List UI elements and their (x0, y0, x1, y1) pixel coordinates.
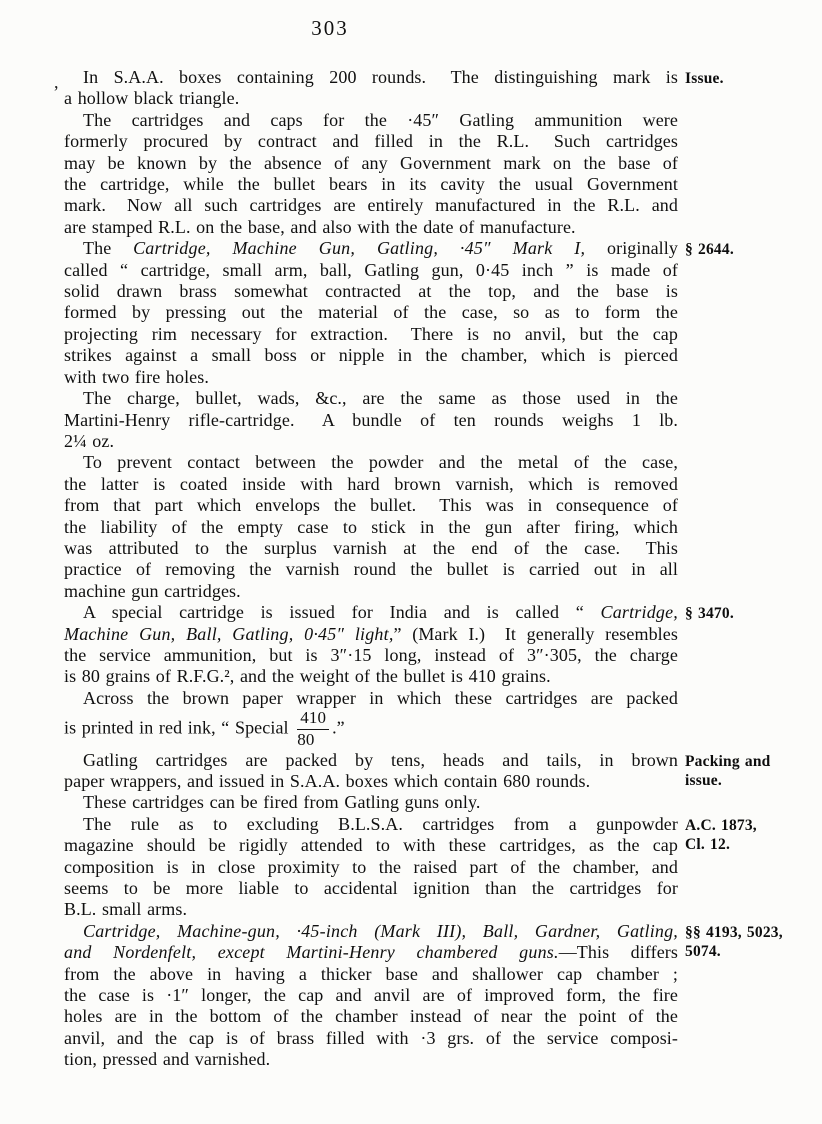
text-line: seems to be more liable to accidental ig… (64, 878, 678, 899)
text-line: Across the brown paper wrapper in which … (64, 688, 678, 709)
text-line: machine gun cartridges. (64, 581, 678, 602)
italic-text-segment: Cartridge, Machine-gun, ·45-inch (Mark I… (83, 921, 678, 941)
text-line: was attributed to the surplus varnish at… (64, 538, 678, 559)
margin-note: §§ 4193, 5023,5074. (685, 923, 822, 962)
text-segment: mark. Now all such cartridges are entire… (64, 195, 678, 215)
para-saa-boxes: In S.A.A. boxes containing 200 rounds. T… (64, 67, 678, 110)
text-line: projecting rim necessary for extraction.… (64, 324, 678, 345)
text-line: from the above in having a thicker base … (64, 964, 678, 985)
text-segment: .” (332, 718, 345, 738)
print-artifact-mark: , (54, 72, 59, 93)
text-segment: To prevent contact between the powder an… (83, 452, 678, 472)
text-segment: Martini-Henry rifle-cartridge. A bundle … (64, 410, 678, 430)
text-line: Cartridge, Machine-gun, ·45-inch (Mark I… (64, 921, 678, 942)
text-line: the service ammunition, but is 3″·15 lon… (64, 645, 678, 666)
italic-text-segment: Cartridge, Machine Gun, Gatling, ·45″ Ma… (133, 238, 585, 258)
text-line: and Nordenfelt, except Martini-Henry cha… (64, 942, 678, 963)
text-segment: —This differs (559, 942, 678, 962)
text-segment: tion, pressed and varnished. (64, 1049, 270, 1069)
text-line: magazine should be rigidly attended to w… (64, 835, 678, 856)
text-line: In S.A.A. boxes containing 200 rounds. T… (64, 67, 678, 88)
text-line: with two fire holes. (64, 367, 678, 388)
text-line: 2¼ oz. (64, 431, 678, 452)
page-number: 303 (0, 0, 660, 41)
text-segment: The (83, 238, 133, 258)
margin-note-line: Cl. 12. (685, 835, 822, 855)
text-line: may be known by the absence of any Gover… (64, 153, 678, 174)
text-segment: called “ cartridge, small arm, ball, Gat… (64, 260, 678, 280)
text-segment: formed by pressing out the material of t… (64, 302, 678, 322)
text-segment: Across the brown paper wrapper in which … (83, 688, 678, 708)
text-line: formed by pressing out the material of t… (64, 302, 678, 323)
text-segment: strikes against a small boss or nipple i… (64, 345, 678, 365)
para-india-special-cartridge: A special cartridge is issued for India … (64, 602, 678, 688)
text-line: mark. Now all such cartridges are entire… (64, 195, 678, 216)
text-segment: holes are in the bottom of the chamber i… (64, 1006, 678, 1026)
margin-note-line: 5074. (685, 942, 822, 962)
text-line: The cartridges and caps for the ·45″ Gat… (64, 110, 678, 131)
text-line: strikes against a small boss or nipple i… (64, 345, 678, 366)
text-segment: machine gun cartridges. (64, 581, 241, 601)
text-segment: the cartridge, while the bullet bears in… (64, 174, 678, 194)
text-segment: is printed in red ink, “ Special (64, 718, 294, 738)
text-segment: the service ammunition, but is 3″·15 lon… (64, 645, 678, 665)
text-segment: B.L. small arms. (64, 899, 187, 919)
margin-note-line: issue. (685, 771, 822, 791)
text-segment: formerly procured by contract and filled… (64, 131, 678, 151)
text-segment: seems to be more liable to accidental ig… (64, 878, 678, 898)
text-line: The charge, bullet, wads, &c., are the s… (64, 388, 678, 409)
italic-text-segment: Machine Gun, Ball, Gatling, 0·45″ light, (64, 624, 394, 644)
text-segment: These cartridges can be fired from Gatli… (83, 792, 481, 812)
text-segment: the liability of the empty case to stick… (64, 517, 678, 537)
text-line: a hollow black triangle. (64, 88, 678, 109)
text-line: B.L. small arms. (64, 899, 678, 920)
para-red-ink-wrapper: Across the brown paper wrapper in which … (64, 688, 678, 750)
text-line: called “ cartridge, small arm, ball, Gat… (64, 260, 678, 281)
text-segment: projecting rim necessary for extraction.… (64, 324, 678, 344)
text-line: the case is ·1″ longer, the cap and anvi… (64, 985, 678, 1006)
italic-text-segment: Cartridge, (600, 602, 678, 622)
para-fired-from-gatling-only: These cartridges can be fired from Gatli… (64, 792, 678, 813)
text-segment: The charge, bullet, wads, &c., are the s… (83, 388, 678, 408)
text-segment: 2¼ oz. (64, 431, 114, 451)
text-line: the liability of the empty case to stick… (64, 517, 678, 538)
para-cartridges-and-caps: The cartridges and caps for the ·45″ Gat… (64, 110, 678, 238)
text-line: A special cartridge is issued for India … (64, 602, 678, 623)
text-line: the latter is coated inside with hard br… (64, 474, 678, 495)
text-segment: originally (585, 238, 678, 258)
text-line: The Cartridge, Machine Gun, Gatling, ·45… (64, 238, 678, 259)
para-cartridge-mark-iii: Cartridge, Machine-gun, ·45-inch (Mark I… (64, 921, 678, 1071)
scanned-book-page: 303 , In S.A.A. boxes containing 200 rou… (0, 0, 822, 1124)
text-segment: paper wrappers, and issued in S.A.A. box… (64, 771, 590, 791)
text-segment: the case is ·1″ longer, the cap and anvi… (64, 985, 678, 1005)
margin-note-line: Packing and (685, 752, 822, 772)
text-segment: is 80 grains of R.F.G.², and the weight … (64, 666, 551, 686)
text-line: is 80 grains of R.F.G.², and the weight … (64, 666, 678, 687)
text-line: composition is in close proximity to the… (64, 857, 678, 878)
text-line: from that part which envelops the bullet… (64, 495, 678, 516)
text-segment: In S.A.A. boxes containing 200 rounds. T… (83, 67, 678, 87)
text-segment: Gatling cartridges are packed by tens, h… (83, 750, 678, 770)
para-packing: Gatling cartridges are packed by tens, h… (64, 750, 678, 793)
margin-note: A.C. 1873,Cl. 12. (685, 816, 822, 855)
margin-note-line: Issue. (685, 69, 822, 89)
para-varnish: To prevent contact between the powder an… (64, 452, 678, 602)
text-line: the cartridge, while the bullet bears in… (64, 174, 678, 195)
text-segment: from the above in having a thicker base … (64, 964, 678, 984)
text-segment: a hollow black triangle. (64, 88, 239, 108)
para-gunpowder-magazine-rule: The rule as to excluding B.L.S.A. cartri… (64, 814, 678, 921)
text-segment: practice of removing the varnish round t… (64, 559, 678, 579)
text-line: To prevent contact between the powder an… (64, 452, 678, 473)
text-segment: The cartridges and caps for the ·45″ Gat… (83, 110, 678, 130)
text-line: is printed in red ink, “ Special 41080.” (64, 709, 678, 749)
margin-note-line: § 2644. (685, 240, 822, 260)
text-line: Gatling cartridges are packed by tens, h… (64, 750, 678, 771)
margin-note: § 3470. (685, 604, 822, 624)
text-segment: may be known by the absence of any Gover… (64, 153, 678, 173)
text-line: are stamped R.L. on the base, and also w… (64, 217, 678, 238)
text-line: The rule as to excluding B.L.S.A. cartri… (64, 814, 678, 835)
text-line: Martini-Henry rifle-cartridge. A bundle … (64, 410, 678, 431)
text-segment: A special cartridge is issued for India … (83, 602, 600, 622)
text-segment: are stamped R.L. on the base, and also w… (64, 217, 576, 237)
text-line: formerly procured by contract and filled… (64, 131, 678, 152)
inline-fraction: 41080 (297, 709, 329, 749)
margin-note: § 2644. (685, 240, 822, 260)
margin-note-line: A.C. 1873, (685, 816, 822, 836)
text-line: solid drawn brass somewhat contracted at… (64, 281, 678, 302)
text-segment: the latter is coated inside with hard br… (64, 474, 678, 494)
text-line: practice of removing the varnish round t… (64, 559, 678, 580)
text-segment: composition is in close proximity to the… (64, 857, 678, 877)
text-segment: The rule as to excluding B.L.S.A. cartri… (83, 814, 678, 834)
text-segment: ” (Mark I.) It generally resembles (394, 624, 678, 644)
text-line: Machine Gun, Ball, Gatling, 0·45″ light,… (64, 624, 678, 645)
margin-note: Issue. (685, 69, 822, 89)
text-line: anvil, and the cap is of brass filled wi… (64, 1028, 678, 1049)
text-segment: with two fire holes. (64, 367, 209, 387)
text-line: holes are in the bottom of the chamber i… (64, 1006, 678, 1027)
text-line: tion, pressed and varnished. (64, 1049, 678, 1070)
text-segment: was attributed to the surplus varnish at… (64, 538, 678, 558)
text-line: These cartridges can be fired from Gatli… (64, 792, 678, 813)
margin-note: Packing andissue. (685, 752, 822, 791)
para-cartridge-mark-i: The Cartridge, Machine Gun, Gatling, ·45… (64, 238, 678, 388)
margin-note-line: §§ 4193, 5023, (685, 923, 822, 943)
text-segment: anvil, and the cap is of brass filled wi… (64, 1028, 678, 1048)
text-column: , In S.A.A. boxes containing 200 rounds.… (64, 67, 678, 1071)
text-segment: magazine should be rigidly attended to w… (64, 835, 678, 855)
para-charge-bullet-wads: The charge, bullet, wads, &c., are the s… (64, 388, 678, 452)
italic-text-segment: and Nordenfelt, except Martini-Henry cha… (64, 942, 559, 962)
text-line: paper wrappers, and issued in S.A.A. box… (64, 771, 678, 792)
text-segment: from that part which envelops the bullet… (64, 495, 678, 515)
margin-note-line: § 3470. (685, 604, 822, 624)
text-segment: solid drawn brass somewhat contracted at… (64, 281, 678, 301)
